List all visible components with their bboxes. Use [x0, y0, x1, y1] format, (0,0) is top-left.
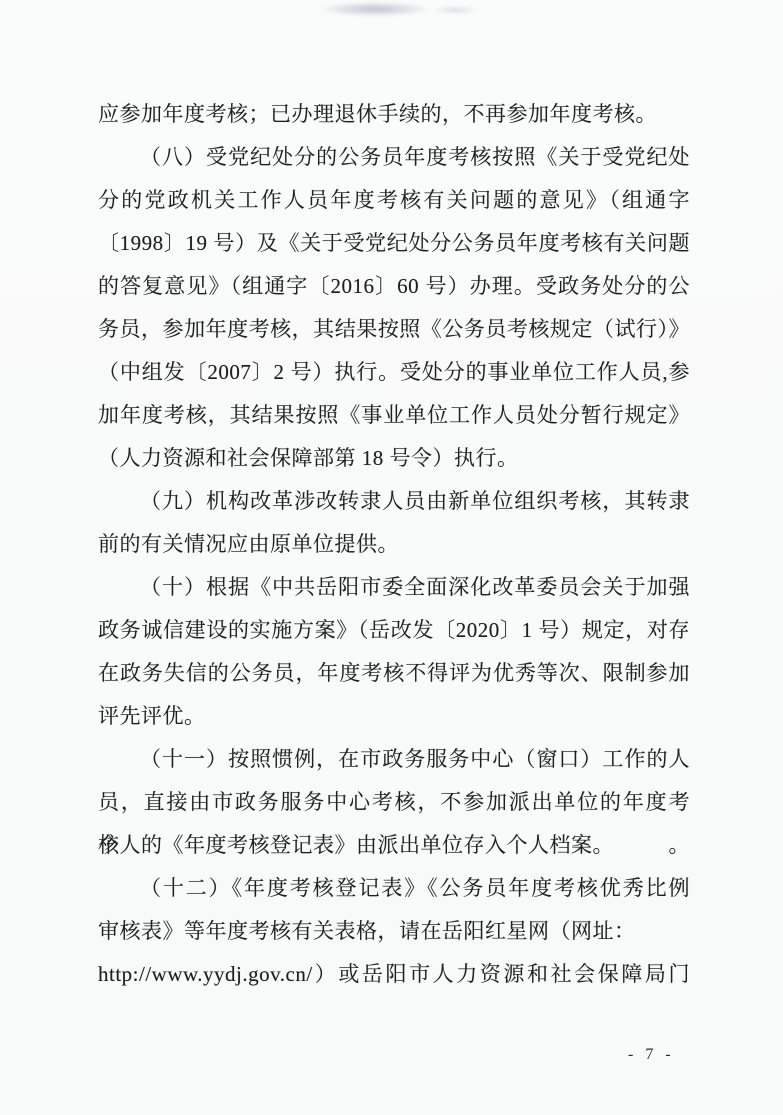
text-line: （十二）《年度考核登记表》《公务员年度考核优秀比例 — [98, 867, 690, 910]
document-body: 应参加年度考核；已办理退休手续的，不再参加年度考核。 （八）受党纪处分的公务员年… — [98, 93, 690, 996]
text-line: 分的党政机关工作人员年度考核有关问题的意见》（组通字 — [98, 179, 690, 222]
text-line: 的答复意见》（组通字〔2016〕60 号）办理。受政务处分的公 — [98, 265, 690, 308]
text-line: （八）受党纪处分的公务员年度考核按照《关于受党纪处 — [98, 136, 690, 179]
text-line: （九）机构改革涉改转隶人员由新单位组织考核，其转隶 — [98, 480, 690, 523]
text-line: （十）根据《中共岳阳市委全面深化改革委员会关于加强 — [98, 566, 690, 609]
text-line: 在政务失信的公务员，年度考核不得评为优秀等次、限制参加 — [98, 652, 690, 695]
text-line: http://www.yydj.gov.cn/）或岳阳市人力资源和社会保障局门 — [98, 953, 690, 996]
text-line: 前的有关情况应由原单位提供。 — [98, 523, 690, 566]
text-line: 员，直接由市政务服务中心考核，不参加派出单位的年度考核。 — [98, 781, 690, 824]
page-number: - 7 - — [628, 1046, 675, 1064]
text-line: 政务诚信建设的实施方案》（岳改发〔2020〕1 号）规定，对存 — [98, 609, 690, 652]
scan-smudge-artifact — [420, 4, 490, 16]
text-line: 务员，参加年度考核，其结果按照《公务员考核规定（试行）》 — [98, 308, 690, 351]
text-line: 审核表》等年度考核有关表格，请在岳阳红星网（网址： — [98, 910, 690, 953]
text-line: 应参加年度考核；已办理退休手续的，不再参加年度考核。 — [98, 93, 690, 136]
text-line: （中组发〔2007〕2 号）执行。受处分的事业单位工作人员,参 — [98, 351, 690, 394]
scanned-document-page: 应参加年度考核；已办理退休手续的，不再参加年度考核。 （八）受党纪处分的公务员年… — [0, 0, 783, 1115]
text-line: （人力资源和社会保障部第 18 号令）执行。 — [98, 437, 690, 480]
text-line: 评先评优。 — [98, 695, 690, 738]
text-line: （十一）按照惯例，在市政务服务中心（窗口）工作的人 — [98, 738, 690, 781]
text-line: 个人的《年度考核登记表》由派出单位存入个人档案。 — [98, 824, 690, 867]
text-line: 加年度考核，其结果按照《事业单位工作人员处分暂行规定》 — [98, 394, 690, 437]
text-line: 〔1998〕19 号）及《关于受党纪处分公务员年度考核有关问题 — [98, 222, 690, 265]
